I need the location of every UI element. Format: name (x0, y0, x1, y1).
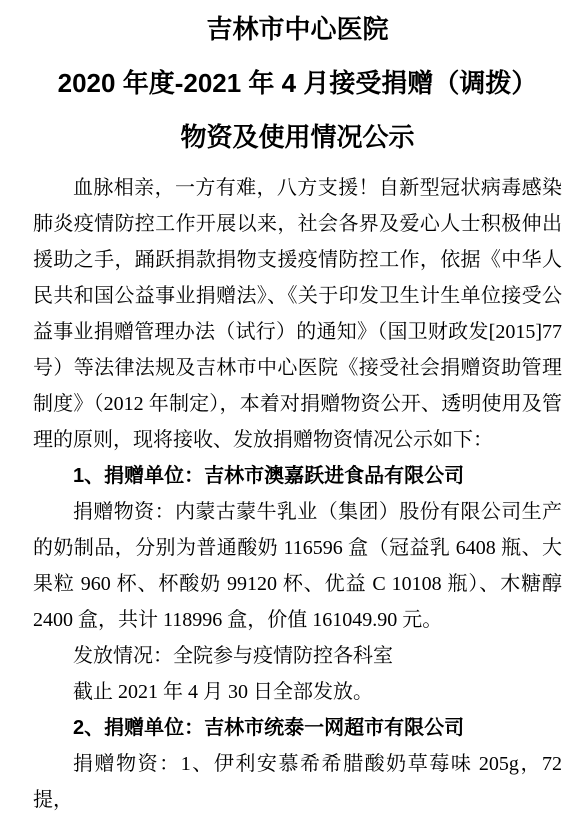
section-1-heading: 1、捐赠单位：吉林市澳嘉跃进食品有限公司 (33, 458, 562, 494)
section-1-distribution-date: 截止 2021 年 4 月 30 日全部发放。 (33, 674, 562, 710)
section-2-donated-goods: 捐赠物资：1、伊利安慕希希腊酸奶草莓味 205g，72 提， (33, 746, 562, 818)
title-hospital-name: 吉林市中心医院 (33, 2, 562, 56)
document-page: 吉林市中心医院 2020 年度-2021 年 4 月接受捐赠（调拨） 物资及使用… (0, 0, 584, 821)
section-1-donated-goods: 捐赠物资：内蒙古蒙牛乳业（集团）股份有限公司生产的奶制品，分别为普通酸奶 116… (33, 494, 562, 638)
document-body: 血脉相亲，一方有难，八方支援！自新型冠状病毒感染肺炎疫情防控工作开展以来，社会各… (33, 170, 562, 818)
section-1-distribution-status: 发放情况：全院参与疫情防控各科室 (33, 638, 562, 674)
section-2-heading: 2、捐赠单位：吉林市统泰一网超市有限公司 (33, 710, 562, 746)
title-period: 2020 年度-2021 年 4 月接受捐赠（调拨） (33, 56, 562, 110)
document-title: 吉林市中心医院 2020 年度-2021 年 4 月接受捐赠（调拨） 物资及使用… (33, 2, 562, 164)
title-subject: 物资及使用情况公示 (33, 110, 562, 164)
intro-paragraph: 血脉相亲，一方有难，八方支援！自新型冠状病毒感染肺炎疫情防控工作开展以来，社会各… (33, 170, 562, 458)
